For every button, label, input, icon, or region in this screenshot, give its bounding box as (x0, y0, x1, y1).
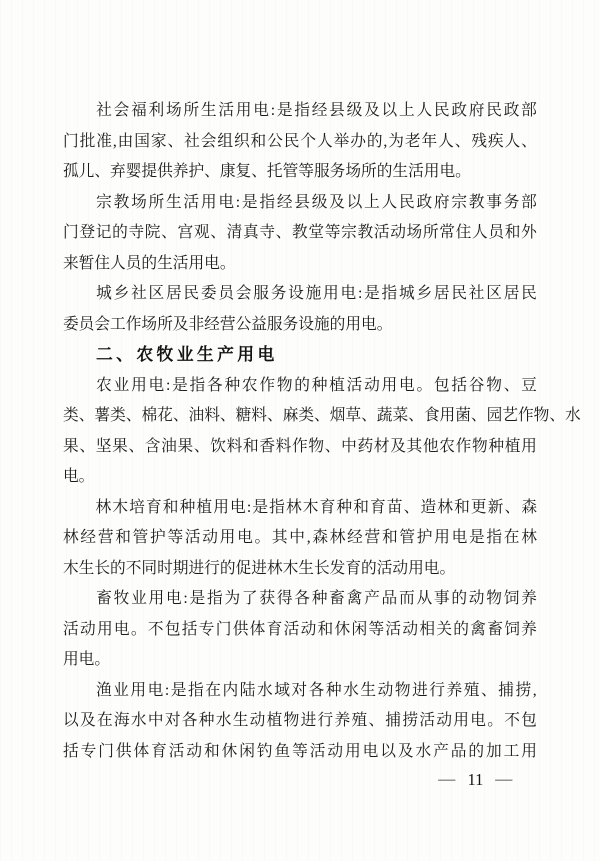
text-line: 城乡社区居民委员会服务设施用电:是指城乡居民社区居民 (63, 279, 537, 310)
text-line: 二、农牧业生产用电 (63, 340, 537, 371)
paragraph: 宗教场所生活用电:是指经县级及以上人民政府宗教事务部门登记的寺院、宫观、清真寺、… (63, 188, 537, 280)
text-line: 果、坚果、含油果、饮料和香料作物、中药材及其他农作物种植用 (63, 432, 537, 463)
paragraph: 畜牧业用电:是指为了获得各种畜禽产品而从事的动物饲养活动用电。不包括专门供体育活… (63, 584, 537, 676)
text-line: 门登记的寺院、宫观、清真寺、教堂等宗教活动场所常住人员和外 (63, 218, 537, 249)
page-number-dash-right: — (496, 771, 513, 789)
text-line: 括专门供体育活动和休闲钓鱼等活动用电以及水产品的加工用 (63, 737, 537, 768)
text-line: 林木培育和种植用电:是指林木育种和育苗、造林和更新、森 (63, 493, 537, 524)
page-number: — 11 — (439, 769, 512, 791)
text-line: 孤儿、弃婴提供养护、康复、托管等服务场所的生活用电。 (63, 157, 537, 188)
paragraph: 社会福利场所生活用电:是指经县级及以上人民政府民政部门批准,由国家、社会组织和公… (63, 96, 537, 188)
text-line: 畜牧业用电:是指为了获得各种畜禽产品而从事的动物饲养 (63, 584, 537, 615)
text-line: 社会福利场所生活用电:是指经县级及以上人民政府民政部 (63, 96, 537, 127)
document-page: 社会福利场所生活用电:是指经县级及以上人民政府民政部门批准,由国家、社会组织和公… (0, 0, 600, 861)
paragraph-indent (63, 294, 94, 295)
text-line: 木生长的不同时期进行的促进林木生长发育的活动用电。 (63, 554, 537, 585)
paragraph-indent (63, 385, 94, 386)
paragraph-indent (63, 111, 94, 112)
page-number-value: 11 (468, 770, 484, 790)
text-line: 用电。 (63, 645, 537, 676)
text-line: 门批准,由国家、社会组织和公民个人举办的,为老年人、残疾人、 (63, 127, 537, 158)
text-line: 电。 (63, 462, 537, 493)
section-heading: 二、农牧业生产用电 (63, 340, 537, 371)
paragraph-indent (63, 690, 94, 691)
paragraph: 城乡社区居民委员会服务设施用电:是指城乡居民社区居民委员会工作场所及非经营公益服… (63, 279, 537, 340)
page-number-dash-left: — (438, 771, 455, 789)
text-line: 类、薯类、棉花、油料、糖料、麻类、烟草、蔬菜、食用菌、园艺作物、水 (63, 401, 537, 432)
text-line: 委员会工作场所及非经营公益服务设施的用电。 (63, 310, 537, 341)
paragraph: 农业用电:是指各种农作物的种植活动用电。包括谷物、豆类、薯类、棉花、油料、糖料、… (63, 371, 537, 493)
paragraph-indent (63, 202, 94, 203)
text-line: 宗教场所生活用电:是指经县级及以上人民政府宗教事务部 (63, 188, 537, 219)
text-line: 活动用电。不包括专门供体育活动和休闲等活动相关的禽畜饲养 (63, 615, 537, 646)
text-line: 来暂住人员的生活用电。 (63, 249, 537, 280)
document-body: 社会福利场所生活用电:是指经县级及以上人民政府民政部门批准,由国家、社会组织和公… (63, 96, 537, 767)
text-line: 林经营和管护等活动用电。其中,森林经营和管护用电是指在林 (63, 523, 537, 554)
text-line: 农业用电:是指各种农作物的种植活动用电。包括谷物、豆 (63, 371, 537, 402)
paragraph-indent (63, 599, 94, 600)
text-line: 渔业用电:是指在内陆水域对各种水生动物进行养殖、捕捞, (63, 676, 537, 707)
paragraph: 林木培育和种植用电:是指林木育种和育苗、造林和更新、森林经营和管护等活动用电。其… (63, 493, 537, 585)
text-line: 以及在海水中对各种水生动植物进行养殖、捕捞活动用电。不包 (63, 706, 537, 737)
paragraph: 渔业用电:是指在内陆水域对各种水生动物进行养殖、捕捞,以及在海水中对各种水生动植… (63, 676, 537, 768)
paragraph-indent (63, 507, 94, 508)
